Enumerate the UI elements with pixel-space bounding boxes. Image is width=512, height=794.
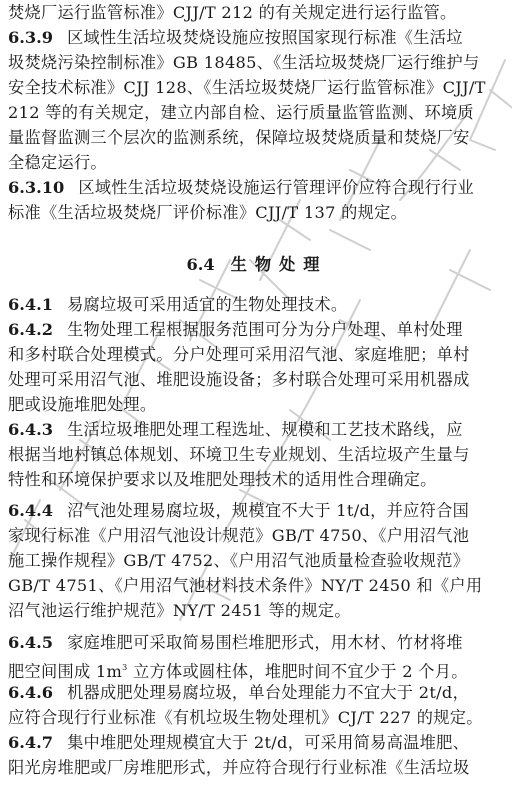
- text-line: 特性和环境保护要求以及堆肥处理技术的适用性合理确定。: [8, 467, 506, 492]
- clause-text: 家现行标准《户用沼气池设计规范》GB/T 4750、《户用沼气池: [8, 526, 469, 545]
- section-heading: 6.4生物处理: [8, 252, 506, 277]
- clause-text: GB/T 4751、《户用沼气池材料技术条件》NY/T 2450 和《户用: [8, 576, 482, 595]
- clause-text: 肥或设施堆肥处理。: [8, 395, 156, 414]
- section-title: 生物处理: [231, 255, 328, 274]
- clause-text: 标准《生活垃圾焚烧厂评价标准》CJJ/T 137 的规定。: [8, 203, 407, 222]
- clause-text: 焚烧厂运行监管标准》CJJ/T 212 的有关规定进行运行监管。: [8, 3, 457, 22]
- clause-text: 区域性生活垃圾焚烧设施应按照国家现行标准《生活垃: [67, 28, 463, 47]
- text-line: 和多村联合处理模式。分户处理可采用沼气池、家庭堆肥；单村: [8, 342, 506, 367]
- clause-number: 6.4.5: [8, 633, 53, 652]
- clause-text: 机器成肥处理易腐垃圾，单台处理能力不宜大于 2t/d，: [67, 683, 469, 702]
- clause-text: 生活垃圾堆肥处理工程选址、规模和工艺技术路线，应: [67, 420, 463, 439]
- text-line: 家现行标准《户用沼气池设计规范》GB/T 4750、《户用沼气池: [8, 523, 506, 548]
- text-line: 肥或设施堆肥处理。: [8, 392, 506, 417]
- clause-6-4-7: 6.4.7集中堆肥处理规模宜大于 2t/d，可采用简易高温堆肥、: [8, 730, 506, 755]
- clause-number: 6.3.9: [8, 28, 53, 47]
- clause-text: 安全技术标准》CJJ 128、《生活垃圾焚烧厂运行监管标准》CJJ/T: [8, 78, 486, 97]
- clause-6-4-2: 6.4.2生物处理工程根据服务范围可分为分户处理、单村处理: [8, 317, 506, 342]
- clause-6-3-10: 6.3.10区域性生活垃圾焚烧设施运行管理评价应符合现行行业: [8, 175, 506, 200]
- clause-6-4-3: 6.4.3生活垃圾堆肥处理工程选址、规模和工艺技术路线，应: [8, 417, 506, 442]
- text-line: 处理可采用沼气池、堆肥设施设备；多村联合处理可采用机器成: [8, 367, 506, 392]
- text-line: 安全技术标准》CJJ 128、《生活垃圾焚烧厂运行监管标准》CJJ/T: [8, 75, 506, 100]
- clause-text: 沼气池处理易腐垃圾，规模宜不大于 1t/d，并应符合国: [67, 501, 469, 520]
- clause-6-3-9: 6.3.9区域性生活垃圾焚烧设施应按照国家现行标准《生活垃: [8, 25, 506, 50]
- clause-6-4-4: 6.4.4沼气池处理易腐垃圾，规模宜不大于 1t/d，并应符合国: [8, 498, 506, 523]
- clause-text: 根据当地村镇总体规划、环境卫生专业规划、生活垃圾产生量与: [8, 445, 470, 464]
- clause-text: 处理可采用沼气池、堆肥设施设备；多村联合处理可采用机器成: [8, 370, 470, 389]
- text-line: 标准《生活垃圾焚烧厂评价标准》CJJ/T 137 的规定。: [8, 200, 506, 225]
- text-line: 阳光房堆肥或厂房堆肥形式，并应符合现行行业标准《生活垃圾: [8, 755, 506, 780]
- clause-text: 家庭堆肥可采取简易围栏堆肥形式，用木材、竹材将堆: [67, 633, 463, 652]
- clause-6-4-1: 6.4.1易腐垃圾可采用适宜的生物处理技术。: [8, 292, 506, 317]
- clause-text: 生物处理工程根据服务范围可分为分户处理、单村处理: [67, 320, 463, 339]
- clause-text: 全稳定运行。: [8, 153, 107, 172]
- text-line: 212 等的有关规定，建立内部自检、运行质量监管监测、环境质: [8, 100, 506, 125]
- clause-text: 和多村联合处理模式。分户处理可采用沼气池、家庭堆肥；单村: [8, 345, 470, 364]
- clause-number: 6.4.1: [8, 295, 53, 314]
- text-line: 施工操作规程》GB/T 4752、《户用沼气池质量检查验收规范》: [8, 548, 506, 573]
- clause-text: 量监督监测三个层次的监测系统，保障垃圾焚烧质量和焚烧厂安: [8, 128, 470, 147]
- clause-6-4-6: 6.4.6机器成肥处理易腐垃圾，单台处理能力不宜大于 2t/d，: [8, 680, 506, 705]
- clause-number: 6.4.6: [8, 683, 53, 702]
- text-line: 圾焚烧污染控制标准》GB 18485、《生活垃圾焚烧厂运行维护与: [8, 50, 506, 75]
- clause-text: 沼气池运行维护规范》NY/T 2451 等的规定。: [8, 601, 351, 620]
- clause-text: 区域性生活垃圾焚烧设施运行管理评价应符合现行行业: [78, 178, 474, 197]
- clause-number: 6.4.3: [8, 420, 53, 439]
- text-line: 应符合现行行业标准《有机垃圾生物处理机》CJ/T 227 的规定。: [8, 705, 506, 730]
- clause-text: 特性和环境保护要求以及堆肥处理技术的适用性合理确定。: [8, 470, 437, 489]
- clause-text: 圾焚烧污染控制标准》GB 18485、《生活垃圾焚烧厂运行维护与: [8, 53, 479, 72]
- text-line: 全稳定运行。: [8, 150, 506, 175]
- text-line: 根据当地村镇总体规划、环境卫生专业规划、生活垃圾产生量与: [8, 442, 506, 467]
- clause-6-4-5: 6.4.5家庭堆肥可采取简易围栏堆肥形式，用木材、竹材将堆: [8, 630, 506, 655]
- text-line: 量监督监测三个层次的监测系统，保障垃圾焚烧质量和焚烧厂安: [8, 125, 506, 150]
- clause-number: 6.4.2: [8, 320, 53, 339]
- clause-text: 阳光房堆肥或厂房堆肥形式，并应符合现行行业标准《生活垃圾: [8, 758, 470, 777]
- clause-text: 212 等的有关规定，建立内部自检、运行质量监管监测、环境质: [8, 103, 474, 122]
- text-line: 焚烧厂运行监管标准》CJJ/T 212 的有关规定进行运行监管。: [8, 0, 506, 25]
- text-line: 沼气池运行维护规范》NY/T 2451 等的规定。: [8, 598, 506, 623]
- clause-text: 集中堆肥处理规模宜大于 2t/d，可采用简易高温堆肥、: [67, 733, 469, 752]
- clause-text: 应符合现行行业标准《有机垃圾生物处理机》CJ/T 227 的规定。: [8, 708, 483, 727]
- clause-number: 6.4.7: [8, 733, 53, 752]
- clause-text: 立方体或圆柱体，堆肥时间不宜少于 2 个月。: [128, 662, 468, 681]
- section-number: 6.4: [187, 255, 215, 274]
- text-line: GB/T 4751、《户用沼气池材料技术条件》NY/T 2450 和《户用: [8, 573, 506, 598]
- text-line: 肥空间围成 1m3 立方体或圆柱体，堆肥时间不宜少于 2 个月。: [8, 655, 506, 680]
- clause-text: 易腐垃圾可采用适宜的生物处理技术。: [67, 295, 347, 314]
- clause-text: 施工操作规程》GB/T 4752、《户用沼气池质量检查验收规范》: [8, 551, 469, 570]
- clause-number: 6.4.4: [8, 501, 53, 520]
- clause-text: 肥空间围成 1m: [8, 662, 122, 681]
- clause-number: 6.3.10: [8, 178, 64, 197]
